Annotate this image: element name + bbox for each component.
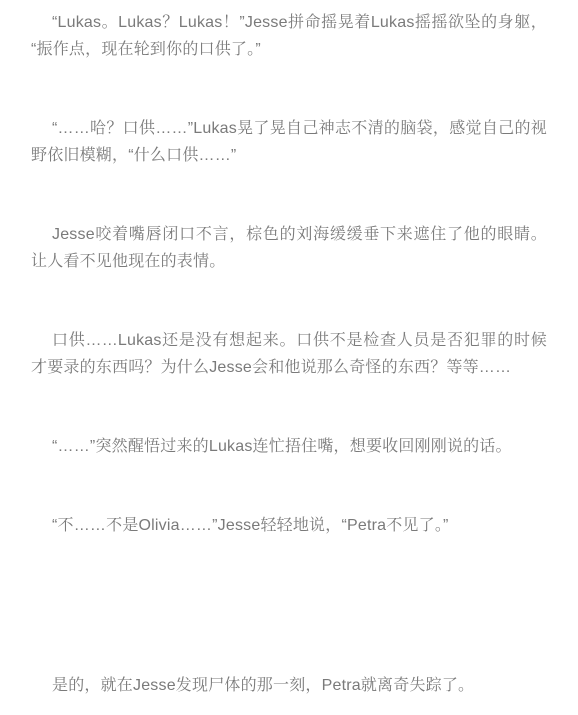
story-page: “Lukas。Lukas？Lukas！”Jesse拼命摇晃着Lukas摇摇欲坠的… [0, 0, 578, 715]
story-paragraph: “不……不是Olivia……”Jesse轻轻地说，“Petra不见了。” [31, 512, 547, 539]
story-paragraph: 是的，就在Jesse发现尸体的那一刻，Petra就离奇失踪了。 [31, 672, 547, 699]
story-paragraph: Jesse咬着嘴唇闭口不言，棕色的刘海缓缓垂下来遮住了他的眼睛。让人看不见他现在… [31, 221, 547, 275]
story-paragraph: 口供……Lukas还是没有想起来。口供不是检查人员是否犯罪的时候才要录的东西吗？… [31, 327, 547, 381]
story-paragraph: “……”突然醒悟过来的Lukas连忙捂住嘴，想要收回刚刚说的话。 [31, 433, 547, 460]
story-content: “Lukas。Lukas？Lukas！”Jesse拼命摇晃着Lukas摇摇欲坠的… [0, 0, 578, 699]
story-paragraph: “……哈？口供……”Lukas晃了晃自己神志不清的脑袋，感觉自己的视野依旧模糊，… [31, 115, 547, 169]
story-paragraph: “Lukas。Lukas？Lukas！”Jesse拼命摇晃着Lukas摇摇欲坠的… [31, 9, 547, 63]
